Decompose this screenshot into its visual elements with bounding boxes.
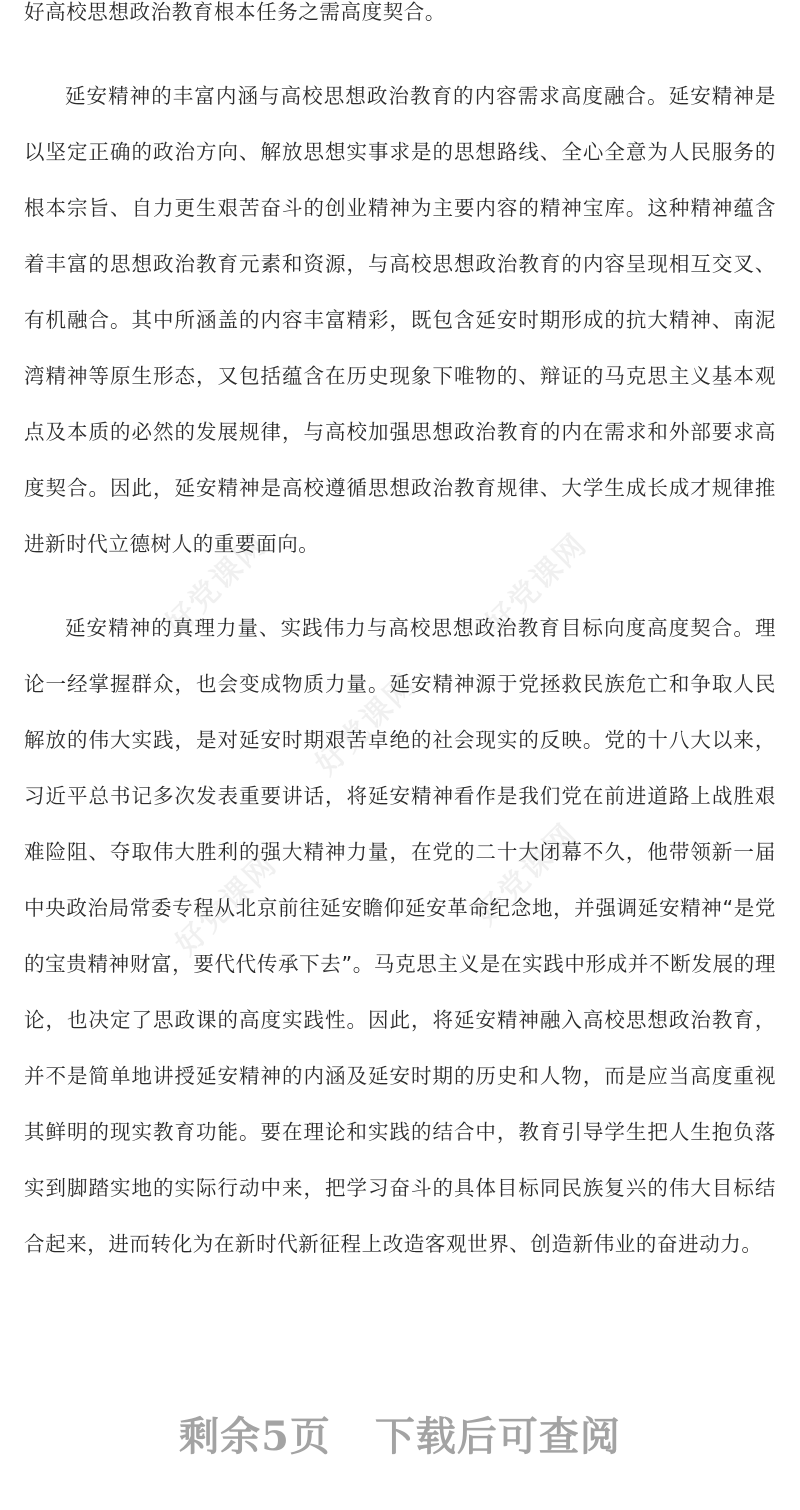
- download-hint-label: 下载后可查阅: [375, 1405, 621, 1462]
- paragraph-content-fusion: 延安精神的丰富内涵与高校思想政治教育的内容需求高度融合。延安精神是以坚定正确的政…: [24, 68, 776, 572]
- remaining-pages-label: 剩余5页: [179, 1405, 331, 1462]
- paragraph-continuation: 好高校思想政治教育根本任务之需高度契合。: [24, 0, 776, 40]
- remaining-pages-banner[interactable]: 剩余5页下载后可查阅: [0, 1405, 800, 1462]
- document-page: 好高校思想政治教育根本任务之需高度契合。 延安精神的丰富内涵与高校思想政治教育的…: [24, 0, 776, 1300]
- paragraph-truth-power: 延安精神的真理力量、实践伟力与高校思想政治教育目标向度高度契合。理论一经掌握群众…: [24, 600, 776, 1272]
